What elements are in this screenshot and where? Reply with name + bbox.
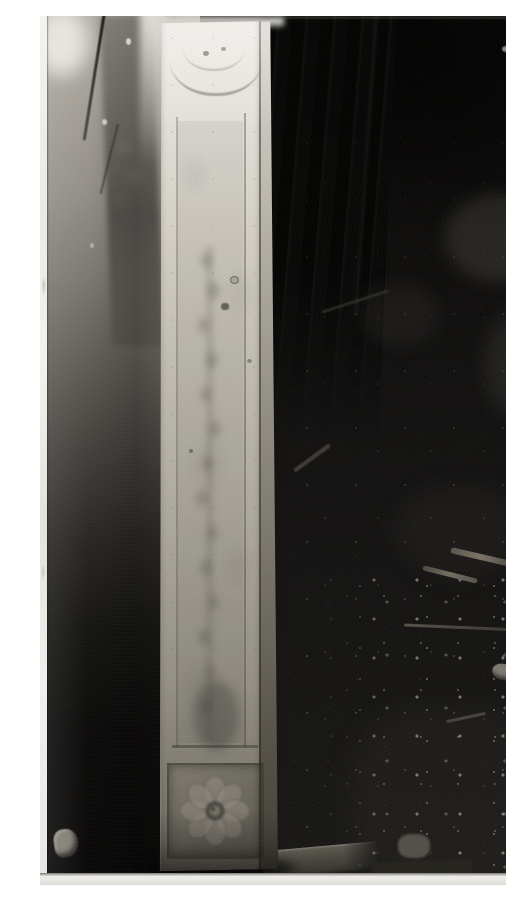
stone-fleck [247,359,252,363]
wall-speck [126,38,131,45]
pilaster-base-shading [159,811,278,871]
stone-pilaster [159,21,278,871]
pebble [502,46,506,52]
stone-fleck [221,303,229,310]
print-border-top [260,16,506,19]
stone-fleck [230,276,239,284]
carving-mark [221,47,226,51]
foliate-relief-dark-blotch [193,681,239,751]
print-border-left [40,16,47,885]
incised-border-line-right [244,113,246,747]
incised-ledge-line [172,745,258,748]
stone-fleck [189,449,193,453]
wall-speck [90,243,94,248]
foliate-relief-band [180,246,238,741]
ground-stone [398,834,430,858]
photograph: Tall carved stone pilaster standing upri… [40,16,506,885]
carving-mark [203,51,209,56]
wall-speck [102,119,107,125]
print-border-bottom [40,873,506,885]
